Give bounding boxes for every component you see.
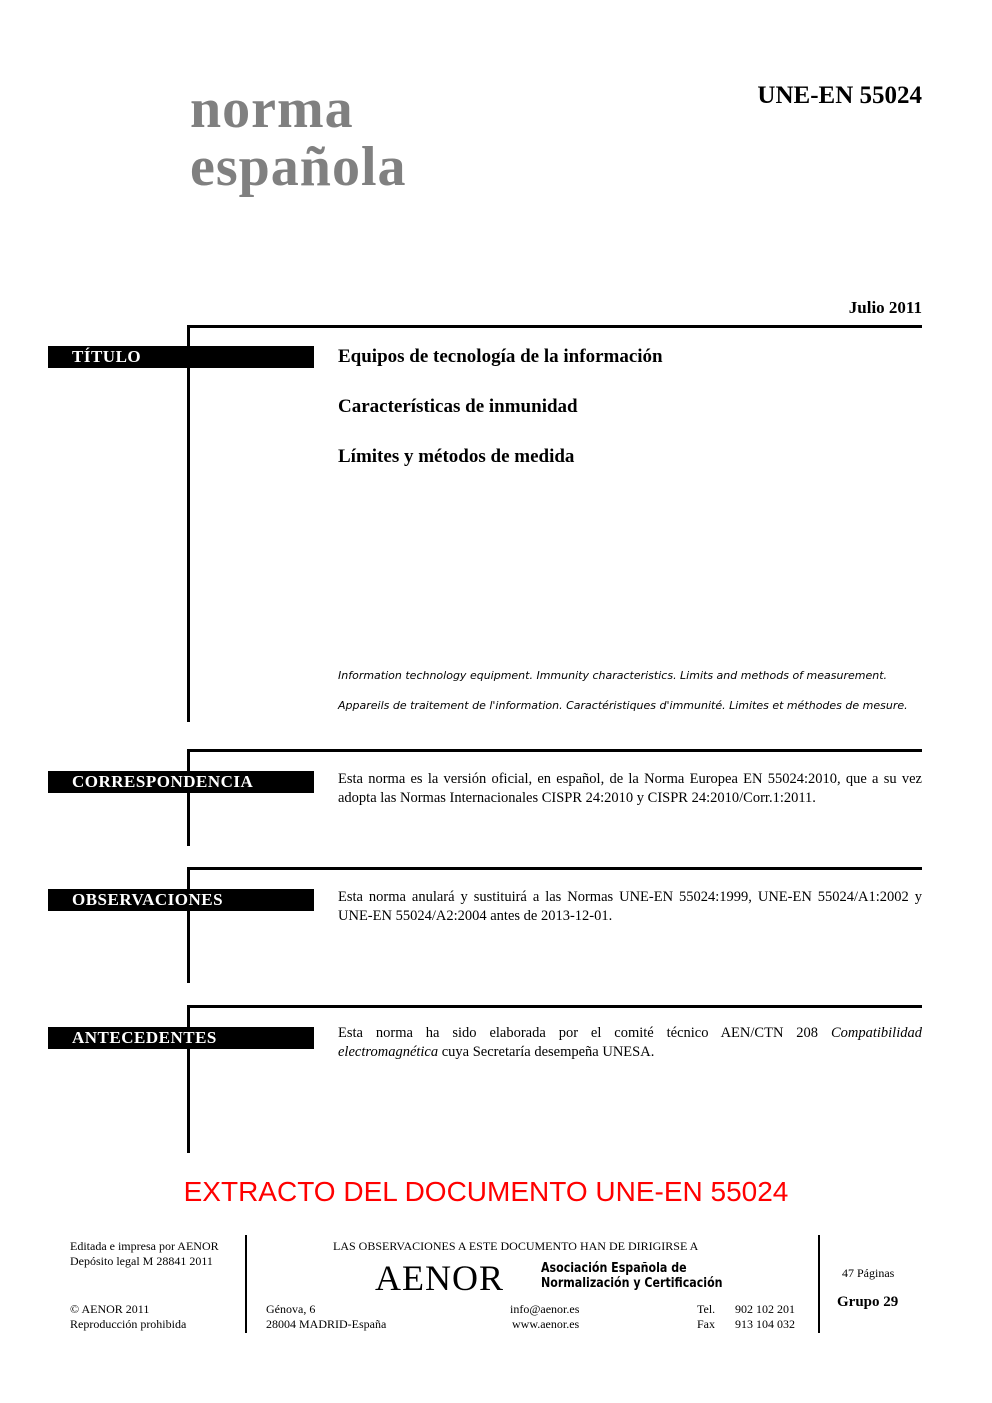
copyright: © AENOR 2011	[70, 1302, 149, 1317]
section-label-antecedentes: ANTECEDENTES	[48, 1027, 314, 1049]
org-line-1: Asociación Española de	[541, 1261, 723, 1276]
antecedentes-text: Esta norma ha sido elaborada por el comi…	[338, 1024, 922, 1062]
email-link[interactable]: info@aenor.es	[510, 1302, 579, 1317]
section-correspondencia: CORRESPONDENCIA Esta norma es la versión…	[0, 749, 992, 849]
antecedentes-text-before: Esta norma ha sido elaborada por el comi…	[338, 1025, 831, 1041]
section-divider	[187, 749, 922, 752]
price-group: Grupo 29	[837, 1295, 898, 1310]
english-title: Information technology equipment. Immuni…	[338, 669, 887, 682]
title-line-3: Límites y métodos de medida	[338, 446, 574, 468]
standard-code: UNE-EN 55024	[757, 82, 922, 110]
section-label-observaciones: OBSERVACIONES	[48, 889, 314, 911]
footer-divider-right	[818, 1235, 820, 1333]
section-label-titulo: TÍTULO	[48, 346, 314, 368]
footer: Editada e impresa por AENOR Depósito leg…	[0, 1235, 992, 1335]
reproduction-notice: Reproducción prohibida	[70, 1317, 186, 1332]
org-line-2: Normalización y Certificación	[541, 1276, 723, 1291]
tel-label: Tel.	[697, 1302, 715, 1317]
title-line-2: Características de inmunidad	[338, 396, 578, 418]
brand-title: norma española	[190, 80, 407, 196]
title-line-1: Equipos de tecnología de la información	[338, 346, 663, 368]
aenor-org-name: Asociación Española de Normalización y C…	[541, 1261, 723, 1291]
edited-by: Editada e impresa por AENOR	[70, 1239, 219, 1254]
publication-date: Julio 2011	[849, 298, 922, 318]
section-observaciones: OBSERVACIONES Esta norma anulará y susti…	[0, 867, 992, 987]
address-line-1: Génova, 6	[266, 1302, 315, 1317]
section-divider	[187, 867, 922, 870]
section-vertical-rule	[187, 867, 190, 983]
tel-number: 902 102 201	[735, 1302, 795, 1317]
website-link[interactable]: www.aenor.es	[512, 1317, 579, 1332]
section-divider	[187, 325, 922, 328]
extract-notice: EXTRACTO DEL DOCUMENTO UNE-EN 55024	[0, 1176, 972, 1208]
observations-note: LAS OBSERVACIONES A ESTE DOCUMENTO HAN D…	[333, 1239, 698, 1254]
french-title: Appareils de traitement de l'information…	[338, 699, 908, 712]
aenor-logo: AENOR	[375, 1257, 504, 1299]
observaciones-text: Esta norma anulará y sustituirá a las No…	[338, 888, 922, 926]
section-antecedentes: ANTECEDENTES Esta norma ha sido elaborad…	[0, 1005, 992, 1155]
footer-divider-left	[245, 1235, 247, 1333]
section-vertical-rule	[187, 325, 190, 722]
brand-line-1: norma	[190, 80, 407, 138]
section-vertical-rule	[187, 749, 190, 846]
brand-line-2: española	[190, 138, 407, 196]
correspondencia-text: Esta norma es la versión oficial, en esp…	[338, 770, 922, 808]
antecedentes-text-after: cuya Secretaría desempeña UNESA.	[438, 1044, 654, 1060]
page-count: 47 Páginas	[842, 1266, 894, 1281]
address-line-2: 28004 MADRID-España	[266, 1317, 386, 1332]
section-label-correspondencia: CORRESPONDENCIA	[48, 771, 314, 793]
section-divider	[187, 1005, 922, 1008]
fax-label: Fax	[697, 1317, 715, 1332]
section-titulo: TÍTULO Equipos de tecnología de la infor…	[0, 325, 992, 725]
fax-number: 913 104 032	[735, 1317, 795, 1332]
legal-deposit: Depósito legal M 28841 2011	[70, 1254, 213, 1269]
